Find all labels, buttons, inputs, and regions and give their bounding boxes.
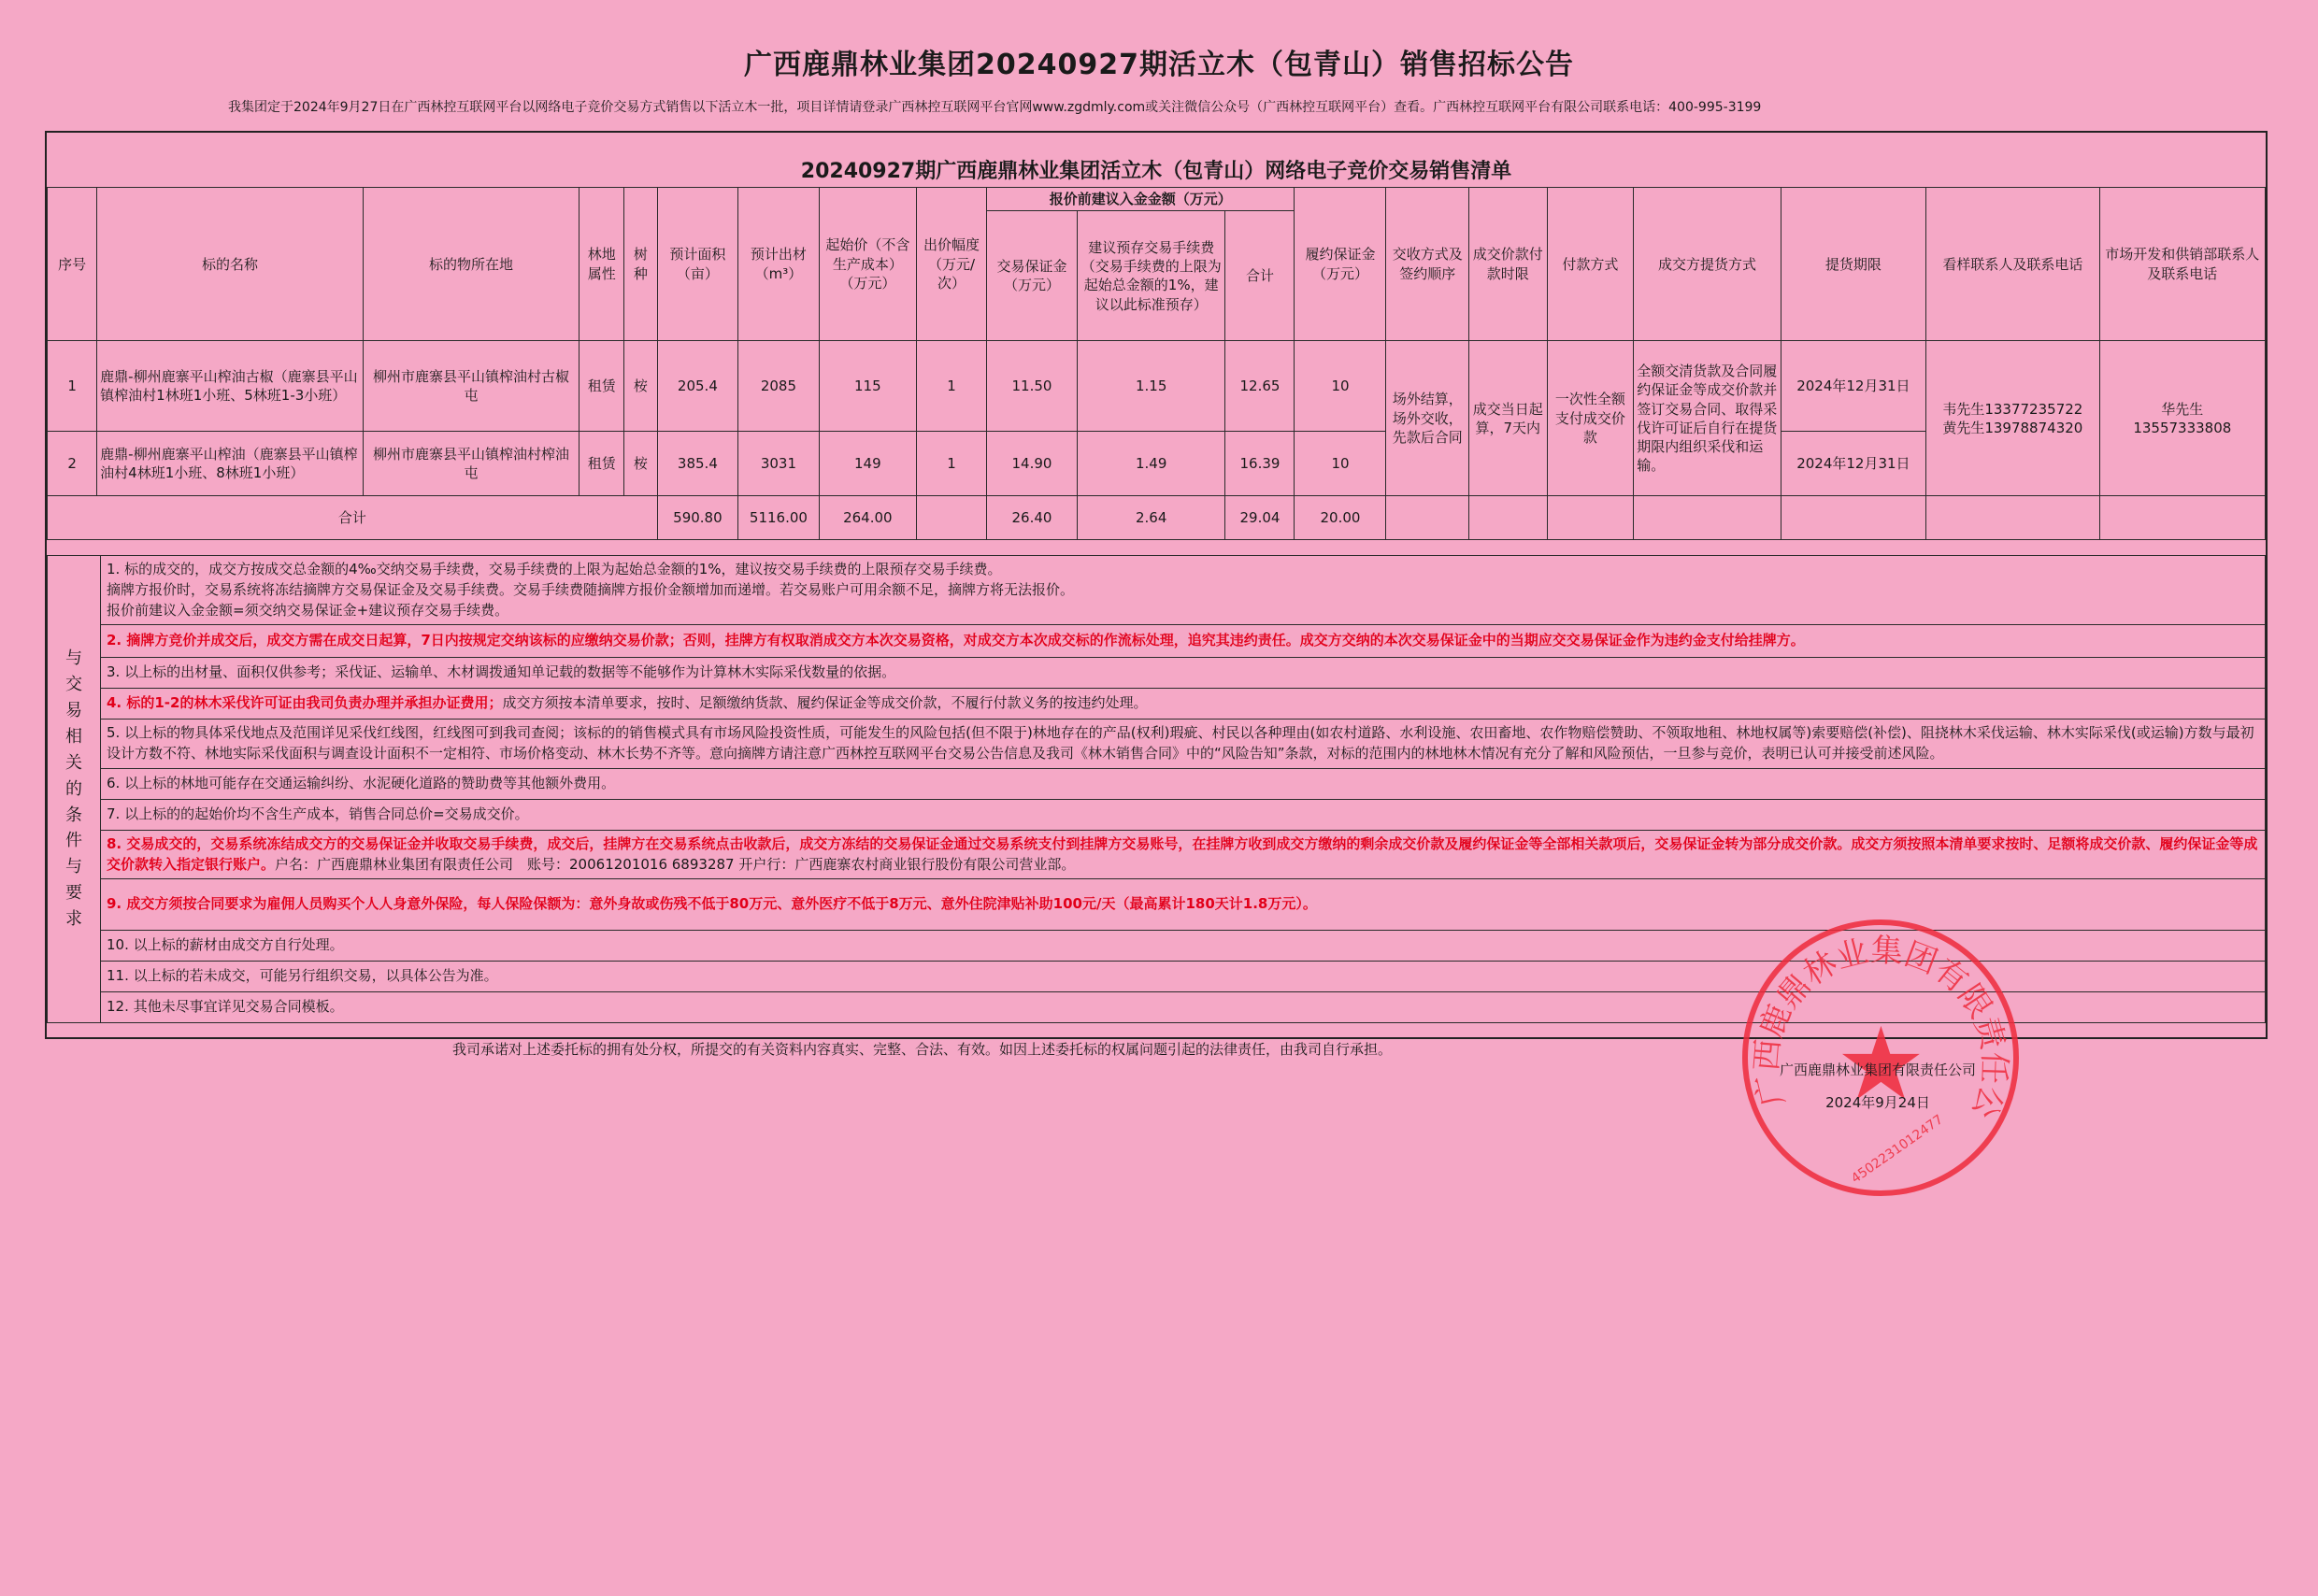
total-start-price: 264.00 xyxy=(819,496,916,540)
header-land: 林地属性 xyxy=(579,188,624,341)
cell-deposit: 14.90 xyxy=(987,432,1078,496)
pledge-text: 我司承诺对上述委托标的拥有处分权，所提交的有关资料内容真实、完整、合法、有效。如… xyxy=(452,1039,1392,1059)
condition-7: 7. 以上标的的起始价均不含生产成本，销售合同总价=交易成交价。 xyxy=(101,799,2266,830)
totals-row: 合计 590.80 5116.00 264.00 26.40 2.64 29.0… xyxy=(48,496,2266,540)
header-fee: 建议预存交易手续费（交易手续费的上限为起始总金额的1%，建议以此标准预存） xyxy=(1077,211,1224,341)
condition-12: 12. 其他未尽事宜详见交易合同模板。 xyxy=(101,992,2266,1023)
total-perf-bond: 20.00 xyxy=(1295,496,1386,540)
cell-location: 柳州市鹿寨县平山镇榨油村古椒屯 xyxy=(363,341,579,432)
header-delivery-order: 交收方式及签约顺序 xyxy=(1386,188,1469,341)
header-location: 标的物所在地 xyxy=(363,188,579,341)
cell-start-price: 115 xyxy=(819,341,916,432)
total-fee: 2.64 xyxy=(1077,496,1224,540)
header-group: 报价前建议入金金额（万元） xyxy=(987,188,1295,211)
conditions-table: 与交易相关的条件与要求 1. 标的成交的，成交方按成交总金额的4‰交纳交易手续费… xyxy=(47,555,2266,1023)
table-row: 1 鹿鼎-柳州鹿寨平山榨油古椒（鹿寨县平山镇榨油村1林班1小班、5林班1-3小班… xyxy=(48,341,2266,432)
header-species: 树种 xyxy=(624,188,657,341)
cell-volume: 3031 xyxy=(738,432,820,496)
condition-10: 10. 以上标的薪材由成交方自行处理。 xyxy=(101,931,2266,962)
cell-seq: 2 xyxy=(48,432,97,496)
cell-deposit: 11.50 xyxy=(987,341,1078,432)
cell-location: 柳州市鹿寨县平山镇榨油村榨油屯 xyxy=(363,432,579,496)
cell-volume: 2085 xyxy=(738,341,820,432)
condition-11: 11. 以上标的若未成交，可能另行组织交易，以具体公告为准。 xyxy=(101,962,2266,992)
market-contact-name: 华先生 xyxy=(2103,400,2262,419)
header-subtotal: 合计 xyxy=(1225,211,1295,341)
header-pay-deadline: 成交价款付款时限 xyxy=(1469,188,1547,341)
market-contact-phone: 13557333808 xyxy=(2103,419,2262,437)
viewing-contact-1: 韦先生13377235722 xyxy=(1929,400,2096,419)
header-start-price: 起始价（不含生产成本）（万元） xyxy=(819,188,916,341)
conditions-label-text: 与交易相关的条件与要求 xyxy=(64,646,83,933)
header-name: 标的名称 xyxy=(97,188,364,341)
header-deposit: 交易保证金（万元） xyxy=(987,211,1078,341)
cell-land: 租赁 xyxy=(579,432,624,496)
cell-pay-method: 一次性全额支付成交价款 xyxy=(1547,341,1634,496)
header-viewing-contact: 看样联系人及联系电话 xyxy=(1926,188,2100,341)
condition-5: 5. 以上标的物具体采伐地点及范围详见采伐红线图，红线图可到我司查阅；该标的的销… xyxy=(101,720,2266,769)
signature-date: 2024年9月24日 xyxy=(1780,1092,1976,1112)
condition-4: 4. 标的1-2的林木采伐许可证由我司负责办理并承担办证费用；成交方须按本清单要… xyxy=(101,689,2266,720)
cell-subtotal: 12.65 xyxy=(1225,341,1295,432)
total-deposit: 26.40 xyxy=(987,496,1078,540)
cell-species: 桉 xyxy=(624,341,657,432)
cell-fee: 1.15 xyxy=(1077,341,1224,432)
header-pay-method: 付款方式 xyxy=(1547,188,1634,341)
cell-area: 205.4 xyxy=(657,341,738,432)
header-seq: 序号 xyxy=(48,188,97,341)
header-row-1: 序号 标的名称 标的物所在地 林地属性 树种 预计面积（亩） 预计出材（m³） … xyxy=(48,188,2266,211)
cell-species: 桉 xyxy=(624,432,657,496)
condition-3: 3. 以上标的出材量、面积仅供参考；采伐证、运输单、木材调拨通知单记载的数据等不… xyxy=(101,658,2266,689)
total-volume: 5116.00 xyxy=(738,496,820,540)
header-increment: 出价幅度（万元/次） xyxy=(916,188,986,341)
cell-seq: 1 xyxy=(48,341,97,432)
cell-subtotal: 16.39 xyxy=(1225,432,1295,496)
cell-area: 385.4 xyxy=(657,432,738,496)
cell-start-price: 149 xyxy=(819,432,916,496)
cell-name: 鹿鼎-柳州鹿寨平山榨油（鹿寨县平山镇榨油村4林班1小班、8林班1小班） xyxy=(97,432,364,496)
intro-text: 我集团定于2024年9月27日在广西林控互联网平台以网络电子竞价交易方式销售以下… xyxy=(228,97,1761,116)
condition-8: 8. 交易成交的，交易系统冻结成交方的交易保证金并收取交易手续费，成交后，挂牌方… xyxy=(101,830,2266,879)
cell-perf-bond: 10 xyxy=(1295,341,1386,432)
cell-delivery-order: 场外结算，场外交收，先款后合同 xyxy=(1386,341,1469,496)
header-pickup-deadline: 提货期限 xyxy=(1781,188,1925,341)
cell-increment: 1 xyxy=(916,432,986,496)
conditions-label: 与交易相关的条件与要求 xyxy=(48,556,101,1023)
total-area: 590.80 xyxy=(657,496,738,540)
condition-6: 6. 以上标的林地可能存在交通运输纠纷、水泥硬化道路的赞助费等其他额外费用。 xyxy=(101,768,2266,799)
total-subtotal: 29.04 xyxy=(1225,496,1295,540)
document-title: 广西鹿鼎林业集团20240927期活立木（包青山）销售招标公告 xyxy=(0,41,2318,82)
cell-pickup-deadline: 2024年12月31日 xyxy=(1781,432,1925,496)
cell-increment: 1 xyxy=(916,341,986,432)
listing-subtitle: 20240927期广西鹿鼎林业集团活立木（包青山）网络电子竞价交易销售清单 xyxy=(47,155,2266,184)
signature-company: 广西鹿鼎林业集团有限责任公司 xyxy=(1780,1060,1976,1079)
condition-9: 9. 成交方须按合同要求为雇佣人员购买个人人身意外保险，每人保险保额为：意外身故… xyxy=(101,879,2266,931)
cell-pickup-deadline: 2024年12月31日 xyxy=(1781,341,1925,432)
cell-perf-bond: 10 xyxy=(1295,432,1386,496)
totals-label: 合计 xyxy=(48,496,658,540)
cell-land: 租赁 xyxy=(579,341,624,432)
signature-block: 广西鹿鼎林业集团有限责任公司 2024年9月24日 xyxy=(1780,1060,1976,1125)
cell-pay-deadline: 成交当日起算，7天内 xyxy=(1469,341,1547,496)
header-volume: 预计出材（m³） xyxy=(738,188,820,341)
header-perf-bond: 履约保证金（万元） xyxy=(1295,188,1386,341)
viewing-contact-2: 黄先生13978874320 xyxy=(1929,419,2096,437)
listing-table: 序号 标的名称 标的物所在地 林地属性 树种 预计面积（亩） 预计出材（m³） … xyxy=(47,187,2266,540)
header-pickup: 成交方提货方式 xyxy=(1634,188,1781,341)
cell-name: 鹿鼎-柳州鹿寨平山榨油古椒（鹿寨县平山镇榨油村1林班1小班、5林班1-3小班） xyxy=(97,341,364,432)
condition-1: 1. 标的成交的，成交方按成交总金额的4‰交纳交易手续费，交易手续费的上限为起始… xyxy=(101,556,2266,625)
cell-market-contact: 华先生 13557333808 xyxy=(2099,341,2265,496)
header-market-contact: 市场开发和供销部联系人及联系电话 xyxy=(2099,188,2265,341)
listing-frame: 20240927期广西鹿鼎林业集团活立木（包青山）网络电子竞价交易销售清单 序号… xyxy=(45,131,2268,1039)
cell-fee: 1.49 xyxy=(1077,432,1224,496)
cell-pickup: 全额交清货款及合同履约保证金等成交价款并签订交易合同、取得采伐许可证后自行在提货… xyxy=(1634,341,1781,496)
header-area: 预计面积（亩） xyxy=(657,188,738,341)
cell-viewing-contact: 韦先生13377235722 黄先生13978874320 xyxy=(1926,341,2100,496)
condition-2: 2. 摘牌方竞价并成交后，成交方需在成交日起算，7日内按规定交纳该标的应缴纳交易… xyxy=(101,625,2266,658)
